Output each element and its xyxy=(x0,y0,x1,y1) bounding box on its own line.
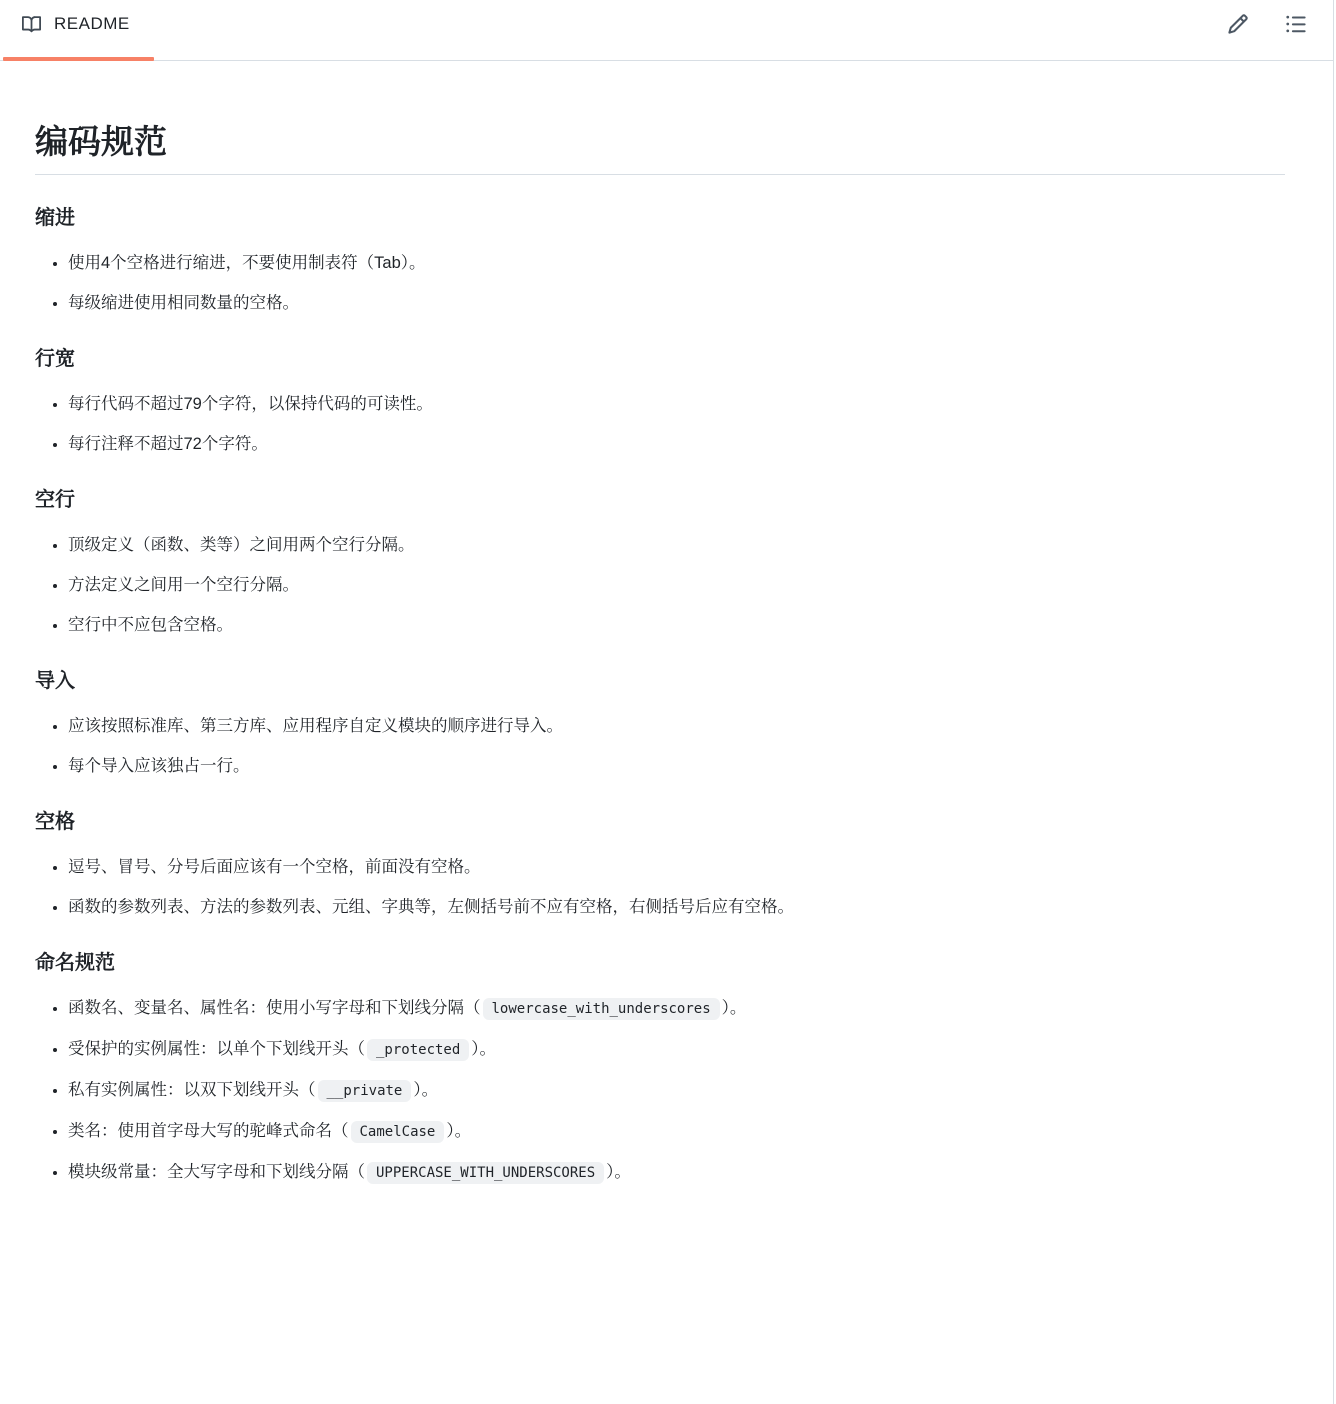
list-item: 每行代码不超过79个字符，以保持代码的可读性。 xyxy=(68,391,1285,417)
section-list: 函数名、变量名、属性名：使用小写字母和下划线分隔（lowercase_with_… xyxy=(35,995,1285,1186)
tab-readme[interactable]: README xyxy=(0,0,154,60)
list-item: 私有实例属性：以双下划线开头（__private）。 xyxy=(68,1077,1285,1104)
tab-readme-label: README xyxy=(54,14,130,34)
markdown-section: 导入 应该按照标准库、第三方库、应用程序自定义模块的顺序进行导入。每个导入应该独… xyxy=(35,664,1285,779)
markdown-section: 行宽 每行代码不超过79个字符，以保持代码的可读性。每行注释不超过72个字符。 xyxy=(35,342,1285,457)
section-heading: 行宽 xyxy=(35,342,1285,371)
list-item: 逗号、冒号、分号后面应该有一个空格，前面没有空格。 xyxy=(68,854,1285,880)
list-item: 应该按照标准库、第三方库、应用程序自定义模块的顺序进行导入。 xyxy=(68,713,1285,739)
list-item: 每行注释不超过72个字符。 xyxy=(68,431,1285,457)
document-sections: 缩进 使用4个空格进行缩进，不要使用制表符（Tab）。每级缩进使用相同数量的空格… xyxy=(35,201,1285,1186)
section-heading: 命名规范 xyxy=(35,946,1285,975)
list-item: 每个导入应该独占一行。 xyxy=(68,753,1285,779)
section-list: 应该按照标准库、第三方库、应用程序自定义模块的顺序进行导入。每个导入应该独占一行… xyxy=(35,713,1285,779)
markdown-section: 空行 顶级定义（函数、类等）之间用两个空行分隔。方法定义之间用一个空行分隔。空行… xyxy=(35,483,1285,638)
section-list: 顶级定义（函数、类等）之间用两个空行分隔。方法定义之间用一个空行分隔。空行中不应… xyxy=(35,532,1285,638)
list-item: 使用4个空格进行缩进，不要使用制表符（Tab）。 xyxy=(68,250,1285,276)
list-item: 模块级常量：全大写字母和下划线分隔（UPPERCASE_WITH_UNDERSC… xyxy=(68,1159,1285,1186)
outline-button[interactable] xyxy=(1285,13,1307,35)
inline-code: lowercase_with_underscores xyxy=(483,998,720,1020)
inline-code: UPPERCASE_WITH_UNDERSCORES xyxy=(367,1162,604,1184)
file-tabbar: README xyxy=(0,0,1333,61)
pencil-icon xyxy=(1227,13,1249,35)
section-heading: 空行 xyxy=(35,483,1285,512)
list-item: 顶级定义（函数、类等）之间用两个空行分隔。 xyxy=(68,532,1285,558)
section-heading: 缩进 xyxy=(35,201,1285,230)
list-unordered-icon xyxy=(1285,13,1307,35)
inline-code: CamelCase xyxy=(351,1121,445,1143)
inline-code: _protected xyxy=(367,1039,469,1061)
book-icon xyxy=(22,15,41,34)
markdown-body: 编码规范 缩进 使用4个空格进行缩进，不要使用制表符（Tab）。每级缩进使用相同… xyxy=(0,61,1333,1240)
list-item: 函数的参数列表、方法的参数列表、元组、字典等，左侧括号前不应有空格，右侧括号后应… xyxy=(68,894,1285,920)
readme-panel: README 编码规范 缩进 xyxy=(0,0,1334,1404)
section-heading: 导入 xyxy=(35,664,1285,693)
page-title: 编码规范 xyxy=(35,121,1285,175)
list-item: 空行中不应包含空格。 xyxy=(68,612,1285,638)
section-heading: 空格 xyxy=(35,805,1285,834)
list-item: 类名：使用首字母大写的驼峰式命名（CamelCase）。 xyxy=(68,1118,1285,1145)
markdown-section: 缩进 使用4个空格进行缩进，不要使用制表符（Tab）。每级缩进使用相同数量的空格… xyxy=(35,201,1285,316)
section-list: 逗号、冒号、分号后面应该有一个空格，前面没有空格。函数的参数列表、方法的参数列表… xyxy=(35,854,1285,920)
list-item: 受保护的实例属性：以单个下划线开头（_protected）。 xyxy=(68,1036,1285,1063)
tabbar-actions xyxy=(1227,13,1307,47)
list-item: 函数名、变量名、属性名：使用小写字母和下划线分隔（lowercase_with_… xyxy=(68,995,1285,1022)
section-list: 每行代码不超过79个字符，以保持代码的可读性。每行注释不超过72个字符。 xyxy=(35,391,1285,457)
inline-code: __private xyxy=(318,1080,412,1102)
active-tab-underline xyxy=(3,57,154,61)
edit-button[interactable] xyxy=(1227,13,1249,35)
markdown-section: 命名规范 函数名、变量名、属性名：使用小写字母和下划线分隔（lowercase_… xyxy=(35,946,1285,1186)
list-item: 方法定义之间用一个空行分隔。 xyxy=(68,572,1285,598)
markdown-section: 空格 逗号、冒号、分号后面应该有一个空格，前面没有空格。函数的参数列表、方法的参… xyxy=(35,805,1285,920)
section-list: 使用4个空格进行缩进，不要使用制表符（Tab）。每级缩进使用相同数量的空格。 xyxy=(35,250,1285,316)
list-item: 每级缩进使用相同数量的空格。 xyxy=(68,290,1285,316)
